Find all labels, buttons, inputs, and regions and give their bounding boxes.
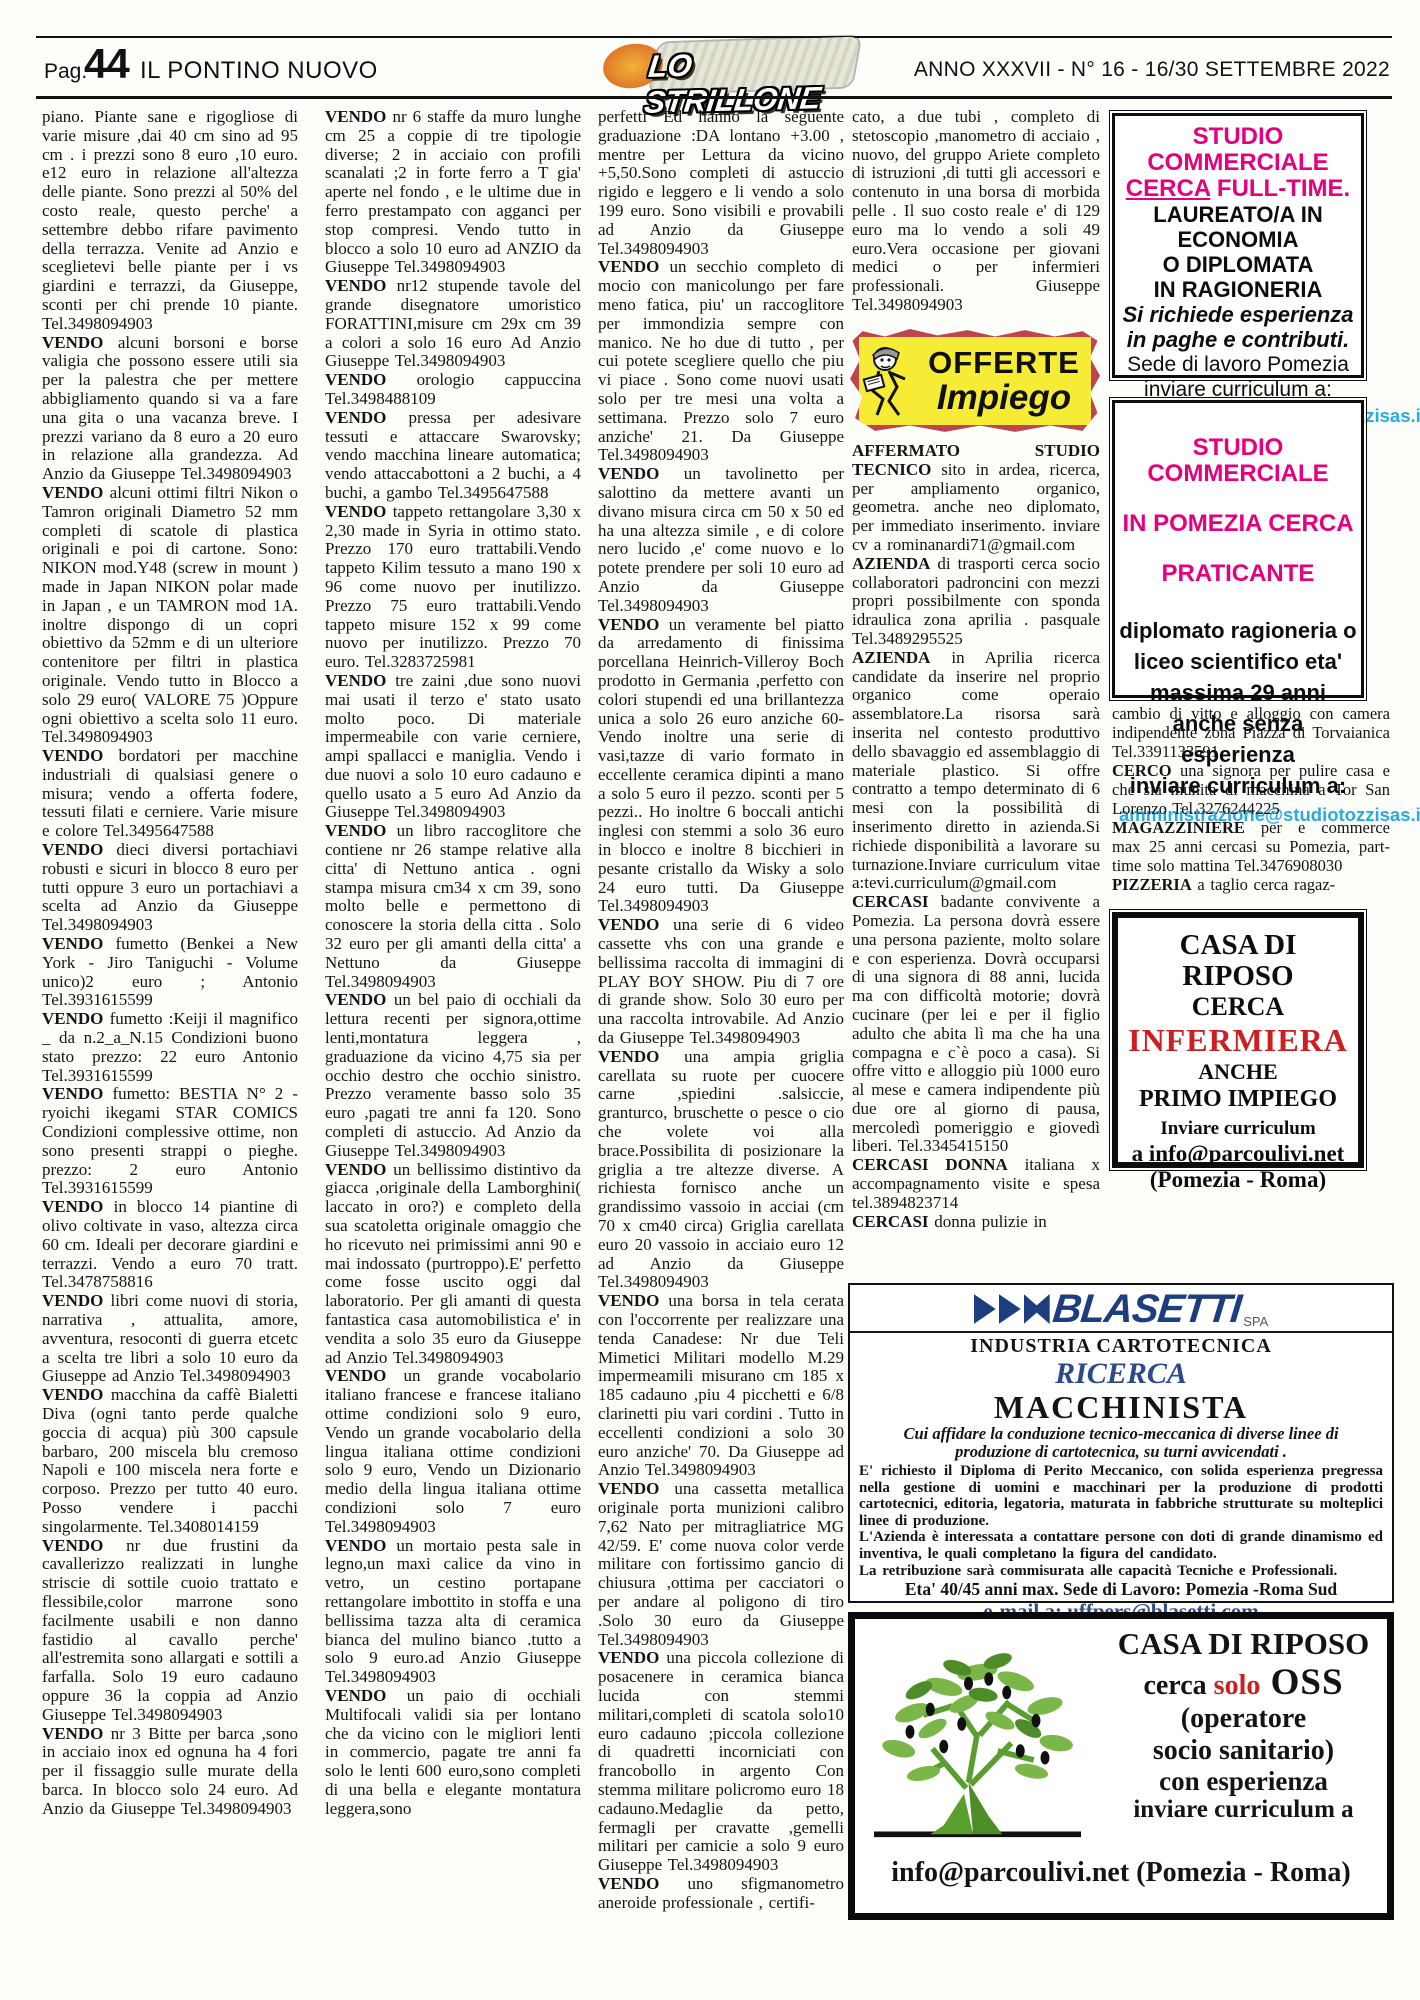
classifieds-column-2: VENDO nr 6 staffe da muro lunghe cm 25 a… — [325, 108, 581, 1936]
ad-email: a info@parcoulivi.net — [1122, 1141, 1354, 1167]
running-newsboy-cartoon-icon — [859, 339, 917, 423]
ad-intro: Cui affidare la conduzione tecnico-mecca… — [850, 1424, 1392, 1463]
classified-ad: VENDO libri come nuovi di storia, narrat… — [42, 1292, 298, 1386]
blasetti-logo-text: BLASETTI — [1051, 1289, 1243, 1329]
industry-label: INDUSTRIA CARTOTECNICA — [850, 1335, 1392, 1358]
classified-ad: VENDO un bel paio di occhiali da lettura… — [325, 991, 581, 1160]
blasetti-logo: BLASETTI SPA — [850, 1285, 1392, 1333]
offerte-impiego-badge: OFFERTE Impiego — [850, 328, 1100, 434]
classified-ad: VENDO un secchio completo di mocio con m… — [598, 258, 844, 465]
cerca-underlined: CERCA — [1126, 175, 1210, 202]
classified-ad: PIZZERIA a taglio cerca ragaz- — [1112, 875, 1390, 894]
ad-line: in paghe e contributi. — [1119, 327, 1357, 352]
classified-ad: VENDO un libro raccoglitore che contiene… — [325, 822, 581, 991]
classified-ad: VENDO una borsa in tela cerata con l'occ… — [598, 1292, 844, 1480]
offerte-impiego-badge-inner: OFFERTE Impiego — [859, 337, 1091, 425]
paper-name: IL PONTINO NUOVO — [140, 57, 378, 85]
ad-line: liceo scientifico eta' — [1119, 646, 1357, 677]
ad-line: ANCHE — [1122, 1058, 1354, 1085]
classified-ad: VENDO un mortaio pesta sale in legno,un … — [325, 1537, 581, 1687]
offerte-impiego-text: OFFERTE Impiego — [917, 347, 1091, 415]
fulltime-label: FULL-TIME. — [1210, 175, 1350, 202]
role-label: MACCHINISTA — [850, 1390, 1392, 1424]
classified-ad: VENDO tappeto rettangolare 3,30 x 2,30 m… — [325, 503, 581, 672]
blasetti-chevron-icon — [999, 1294, 1021, 1324]
ad-location: (Pomezia - Roma) — [1122, 1167, 1354, 1193]
ricerca-label: RICERCA — [850, 1358, 1392, 1390]
impiego-label: Impiego — [917, 380, 1091, 415]
classified-ad: VENDO nr 6 staffe da muro lunghe cm 25 a… — [325, 108, 581, 277]
cerca-label: cerca — [1143, 1670, 1213, 1701]
ad-line: Si richiede esperienza — [1119, 302, 1357, 327]
classified-ad: VENDO fumetto :Keiji il magnifico _ da n… — [42, 1010, 298, 1085]
ad-line: (operatore — [1100, 1703, 1387, 1734]
page-label: Pag. — [44, 60, 87, 84]
classified-ad: VENDO un tavolinetto per salottino da me… — [598, 465, 844, 615]
ad-italic-lines: Si richiede esperienzain paghe e contrib… — [1119, 302, 1357, 352]
classifieds-column-1: piano. Piante sane e rigogliose di varie… — [42, 108, 298, 1936]
ad-line: Sede di lavoro Pomezia — [1119, 352, 1357, 377]
olive-tree-icon — [855, 1619, 1100, 1855]
ad-title-line: PRATICANTE — [1119, 561, 1357, 587]
classified-ad: VENDO dieci diversi portachiavi robusti … — [42, 841, 298, 935]
classified-ad: VENDO un veramente bel piatto da arredam… — [598, 616, 844, 917]
ad-footer: Eta' 40/45 anni max. Sede di Lavoro: Pom… — [850, 1579, 1392, 1599]
classified-ad: VENDO una ampia griglia carellata su ruo… — [598, 1048, 844, 1292]
classified-ad: MAGAZZINIERE per e commerce max 25 anni … — [1112, 818, 1390, 875]
studio-commerciale-fulltime-ad: STUDIO COMMERCIALE CERCA FULL-TIME. LAUR… — [1112, 113, 1364, 378]
ad-line: O DIPLOMATA — [1119, 252, 1357, 277]
right-column-classifieds: cambio di vitto e alloggio con camera in… — [1112, 704, 1390, 906]
classified-ad: VENDO una serie di 6 video cassette vhs … — [598, 916, 844, 1048]
classified-ad: VENDO bordatori per macchine industriali… — [42, 747, 298, 841]
header-rule — [36, 96, 1392, 99]
ad-title-line: STUDIO COMMERCIALE — [1119, 435, 1357, 487]
ad-title-lines: STUDIO COMMERCIALEIN POMEZIA CERCAPRATIC… — [1119, 435, 1357, 587]
classified-ad: VENDO fumetto (Benkei a New York - Jiro … — [42, 935, 298, 1010]
ad-line: CASA DI RIPOSO — [1100, 1627, 1387, 1662]
offerte-label: OFFERTE — [917, 347, 1091, 378]
classified-ad: AFFERMATO STUDIO TECNICO sito in ardea, … — [852, 442, 1100, 555]
ad-body: E' richiesto il Diploma di Perito Meccan… — [850, 1463, 1392, 1579]
classified-ad: cato, a due tubi , completo di stetoscop… — [852, 108, 1100, 315]
blasetti-chevron-icon — [974, 1294, 996, 1324]
masthead-logo: LO STRILLONE — [585, 38, 865, 94]
ad-line: ECONOMIA — [1119, 227, 1357, 252]
classified-ad: VENDO un grande vocabolario italiano fra… — [325, 1367, 581, 1536]
classified-ad: perfetti Ed hanno la seguente graduazion… — [598, 108, 844, 258]
classified-ad: VENDO macchina da caffè Bialetti Diva (o… — [42, 1386, 298, 1536]
ad-title-line2: CERCA FULL-TIME. — [1119, 176, 1357, 202]
casa-di-riposo-infermiera-ad: CASA DI RIPOSO CERCA INFERMIERA ANCHE PR… — [1112, 912, 1364, 1168]
ad-line: con esperienza — [1100, 1766, 1387, 1796]
blasetti-recruitment-ad: BLASETTI SPA INDUSTRIA CARTOTECNICA RICE… — [848, 1283, 1394, 1603]
ad-line: PRIMO IMPIEGO — [1122, 1085, 1354, 1113]
classified-ad: VENDO tre zaini ,due sono nuovi mai usat… — [325, 672, 581, 822]
classified-ad: VENDO un bellissimo distintivo da giacca… — [325, 1161, 581, 1368]
ad-bold-lines: LAUREATO/A INECONOMIAO DIPLOMATAIN RAGIO… — [1119, 202, 1357, 302]
classified-ad: VENDO un paio di occhiali Multifocali va… — [325, 1687, 581, 1819]
classified-ad: AZIENDA in Aprilia ricerca candidate da … — [852, 649, 1100, 893]
classified-ad: VENDO nr12 stupende tavole del grande di… — [325, 277, 581, 371]
classified-ad: piano. Piante sane e rigogliose di varie… — [42, 108, 298, 334]
oss-label: OSS — [1260, 1662, 1343, 1703]
ad-title-line: IN POMEZIA CERCA — [1119, 511, 1357, 537]
classified-ad: VENDO nr due frustini da cavallerizzo re… — [42, 1537, 298, 1725]
classified-ad: CERCO una signora per pulire casa e che … — [1112, 761, 1390, 818]
classified-ad: AZIENDA di trasporti cerca socio collabo… — [852, 555, 1100, 649]
classifieds-column-3: perfetti Ed hanno la seguente graduazion… — [598, 108, 844, 1936]
ad-line: IN RAGIONERIA — [1119, 277, 1357, 302]
page-number: 44 — [84, 40, 129, 88]
ad-paragraph: La retribuzione sarà commisurata alle ca… — [859, 1563, 1383, 1580]
ad-highlight: INFERMIERA — [1122, 1022, 1354, 1058]
classified-ad: VENDO uno sfigmanometro aneroide profess… — [598, 1875, 844, 1913]
classified-ad: VENDO in blocco 14 piantine di olivo col… — [42, 1198, 298, 1292]
ad-line: Inviare curriculum — [1122, 1117, 1354, 1141]
ad-line: inviare curriculum a: — [1119, 377, 1357, 402]
ad-line: cerca solo OSS — [1100, 1662, 1387, 1703]
classified-ad: cambio di vitto e alloggio con camera in… — [1112, 704, 1390, 761]
classified-ad: VENDO alcuni ottimi filtri Nikon o Tamro… — [42, 484, 298, 747]
classified-ad: VENDO fumetto: BESTIA N° 2 - ryoichi ike… — [42, 1085, 298, 1198]
ad-line: CERCA — [1122, 992, 1354, 1022]
ad-title: STUDIO COMMERCIALE — [1119, 124, 1357, 176]
classified-ad: CERCASI badante convivente a Pomezia. La… — [852, 893, 1100, 1156]
classified-ad: VENDO una cassetta metallica originale p… — [598, 1480, 844, 1649]
ad-line: LAUREATO/A IN — [1119, 202, 1357, 227]
ad-line: CASA DI RIPOSO — [1122, 930, 1354, 992]
classified-ad: VENDO alcuni borsoni e borse valigia che… — [42, 334, 298, 484]
ad-plain-lines: Sede di lavoro Pomeziainviare curriculum… — [1119, 352, 1357, 402]
classified-ad: CERCASI donna pulizie in — [852, 1213, 1100, 1232]
issue-info: ANNO XXXVII - N° 16 - 16/30 SETTEMBRE 20… — [914, 58, 1390, 82]
classified-ad: VENDO orologio cappuccina Tel.3498488109 — [325, 371, 581, 409]
classifieds-column-4-top: cato, a due tubi , completo di stetoscop… — [852, 108, 1100, 324]
casa-di-riposo-oss-ad: CASA DI RIPOSO cerca solo OSS (operatore… — [848, 1612, 1394, 1920]
ad-line: socio sanitario) — [1100, 1735, 1387, 1766]
oss-ad-text: CASA DI RIPOSO cerca solo OSS (operatore… — [1100, 1619, 1387, 1855]
ad-line: diplomato ragioneria o — [1119, 615, 1357, 646]
classified-ad: CERCASI DONNA italiana x accompagnamento… — [852, 1156, 1100, 1212]
ad-line: inviare curriculum a — [1100, 1796, 1387, 1824]
ad-email: info@parcoulivi.net (Pomezia - Roma) — [855, 1857, 1387, 1889]
classified-ad: VENDO pressa per adesivare tessuti e att… — [325, 409, 581, 503]
newspaper-page: Pag. 44 IL PONTINO NUOVO LO STRILLONE AN… — [0, 0, 1420, 2000]
classified-ad: VENDO una piccola collezione di posacene… — [598, 1649, 844, 1875]
blasetti-bowtie-icon — [1024, 1294, 1050, 1324]
ad-paragraph: L'Azienda è interessata a contattare per… — [859, 1529, 1383, 1562]
solo-label: solo — [1214, 1670, 1261, 1701]
classifieds-column-4-bottom: AFFERMATO STUDIO TECNICO sito in ardea, … — [852, 442, 1100, 1270]
ad-paragraph: E' richiesto il Diploma di Perito Meccan… — [859, 1463, 1383, 1529]
classified-ad: VENDO nr 3 Bitte per barca ,sono in acci… — [42, 1725, 298, 1819]
studio-commerciale-praticante-ad: STUDIO COMMERCIALEIN POMEZIA CERCAPRATIC… — [1112, 400, 1364, 698]
blasetti-spa-label: SPA — [1243, 1314, 1268, 1329]
